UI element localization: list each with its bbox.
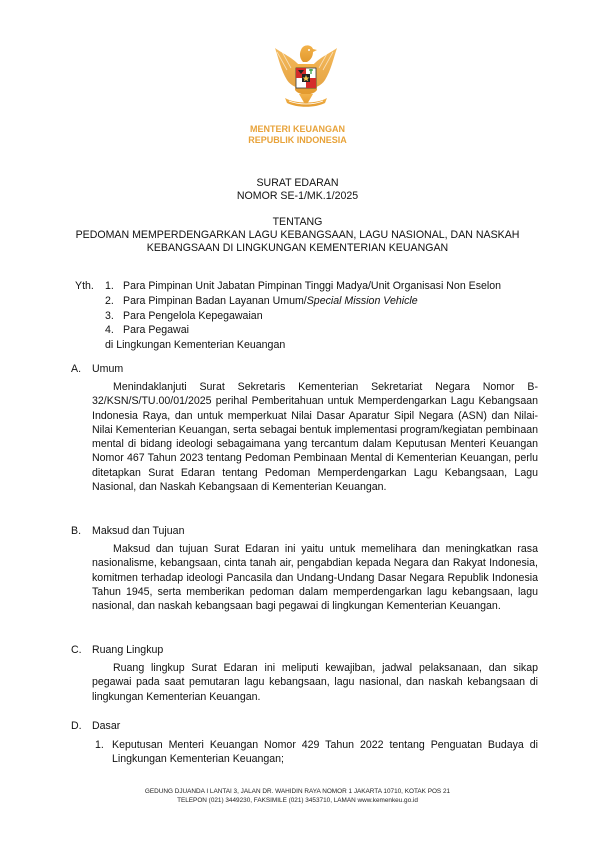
section-a-title: Umum xyxy=(92,362,123,376)
footer-address: GEDUNG DJUANDA I LANTAI 3, JALAN DR. WAH… xyxy=(0,787,595,796)
recipients-label: Yth. xyxy=(75,279,94,293)
section-b-body: Maksud dan tujuan Surat Edaran ini yaitu… xyxy=(92,542,538,613)
section-c-body: Ruang lingkup Surat Edaran ini meliputi … xyxy=(92,661,538,704)
section-c-letter: C. xyxy=(71,643,82,657)
institution-name-line2: REPUBLIK INDONESIA xyxy=(0,135,595,146)
institution-name-line1: MENTERI KEUANGAN xyxy=(0,124,595,135)
doc-number: NOMOR SE-1/MK.1/2025 xyxy=(0,190,595,204)
doc-type: SURAT EDARAN xyxy=(0,177,595,191)
section-a-body: Menindaklanjuti Surat Sekretaris Kemente… xyxy=(92,380,538,494)
legal-basis-item: 1. Keputusan Menteri Keuangan Nomor 429 … xyxy=(95,738,538,767)
document-page: MENTERI KEUANGAN REPUBLIK INDONESIA SURA… xyxy=(0,0,595,842)
recipient-closing: di Lingkungan Kementerian Keuangan xyxy=(105,338,545,353)
section-c-title: Ruang Lingkup xyxy=(92,643,163,657)
subject-line1: PEDOMAN MEMPERDENGARKAN LAGU KEBANGSAAN,… xyxy=(0,229,595,243)
about-label: TENTANG xyxy=(0,216,595,230)
section-a-letter: A. xyxy=(71,362,81,376)
section-b-letter: B. xyxy=(71,524,81,538)
recipient-item: 3. Para Pengelola Kepegawaian xyxy=(105,309,545,324)
section-b-title: Maksud dan Tujuan xyxy=(92,524,184,538)
section-d-letter: D. xyxy=(71,719,82,733)
footer-contact: TELEPON (021) 3449230, FAKSIMILE (021) 3… xyxy=(0,796,595,805)
subject-line2: KEBANGSAAN DI LINGKUNGAN KEMENTERIAN KEU… xyxy=(0,242,595,256)
section-d-title: Dasar xyxy=(92,719,120,733)
recipients-list: 1. Para Pimpinan Unit Jabatan Pimpinan T… xyxy=(105,279,545,353)
recipient-item: 2. Para Pimpinan Badan Layanan Umum/Spec… xyxy=(105,294,545,309)
recipient-item: 1. Para Pimpinan Unit Jabatan Pimpinan T… xyxy=(105,279,545,294)
garuda-emblem-icon xyxy=(273,40,339,120)
recipient-item: 4. Para Pegawai xyxy=(105,323,545,338)
